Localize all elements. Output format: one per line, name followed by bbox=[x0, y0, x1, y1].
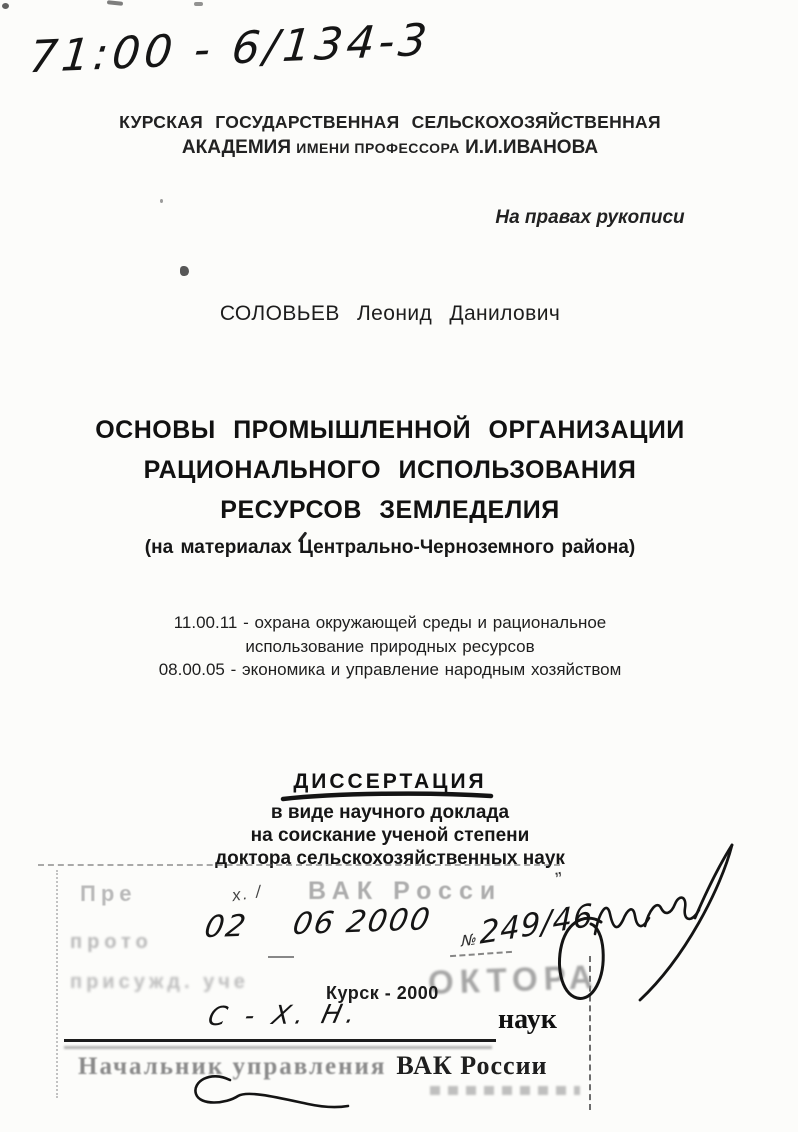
stamp-header-left: Пре bbox=[80, 881, 137, 907]
signature-main bbox=[545, 838, 740, 1010]
dash-mark bbox=[268, 956, 294, 958]
scan-speck bbox=[2, 3, 9, 9]
stamp-border-left bbox=[56, 870, 58, 1098]
signature-flourish bbox=[190, 1070, 355, 1115]
author-name: СОЛОВЬЕВ Леонид Данилович bbox=[0, 302, 780, 326]
official-title-bold: ВАК России bbox=[396, 1051, 547, 1081]
fill-in-rule bbox=[64, 1039, 496, 1042]
specialty-line1-cont: использование природных ресурсов bbox=[0, 635, 780, 659]
scan-speck bbox=[107, 0, 123, 6]
institution-name-line2: АКАДЕМИЯ ИМЕНИ ПРОФЕССОРА И.И.ИВАНОВА bbox=[0, 137, 780, 159]
number-sign: № bbox=[461, 930, 477, 951]
document-page: 71:00 - 6/134-3 КУРСКАЯ ГОСУДАРСТВЕННАЯ … bbox=[0, 0, 798, 1132]
named-after-text: ИМЕНИ ПРОФЕССОРА bbox=[296, 140, 460, 156]
professor-name: И.И.ИВАНОВА bbox=[465, 137, 598, 158]
scan-speck bbox=[194, 2, 203, 6]
dissertation-title: ОСНОВЫ ПРОМЫШЛЕННОЙ ОРГАНИЗАЦИИ РАЦИОНАЛ… bbox=[0, 410, 780, 530]
academy-word: АКАДЕМИЯ bbox=[182, 137, 291, 158]
scan-speck bbox=[160, 199, 163, 203]
institution-name-line1: КУРСКАЯ ГОСУДАРСТВЕННАЯ СЕЛЬСКОХОЗЯЙСТВЕ… bbox=[0, 112, 780, 133]
date-handwritten: 02 06 2000 bbox=[202, 902, 434, 945]
specialty-line2: 08.00.05 - экономика и управление народн… bbox=[0, 658, 780, 682]
stamp-border-bottom-smudge bbox=[430, 1086, 580, 1095]
pencil-mark: х. / bbox=[231, 882, 264, 906]
call-number-handwritten: 71:00 - 6/134-3 bbox=[27, 14, 433, 83]
title-line2: РАЦИОНАЛЬНОГО ИСПОЛЬЗОВАНИЯ bbox=[0, 450, 780, 490]
title-line1: ОСНОВЫ ПРОМЫШЛЕННОЙ ОРГАНИЗАЦИИ bbox=[0, 410, 780, 450]
fill-in-rule-shadow bbox=[64, 1046, 492, 1049]
stamp-fragment-awarded: присужд. уче bbox=[70, 971, 249, 994]
scan-speck bbox=[180, 266, 189, 276]
title-subtitle: (на материалах Центрально-Черноземного р… bbox=[0, 537, 780, 559]
dissertation-line1: в виде научного доклада bbox=[0, 801, 780, 824]
title-line3: РЕСУРСОВ ЗЕМЛЕДЕЛИЯ bbox=[0, 490, 780, 530]
specialties-block: 11.00.11 - охрана окружающей среды и рац… bbox=[0, 611, 780, 682]
manuscript-note: На правах рукописи bbox=[470, 207, 710, 229]
degree-handwritten: С - Х. Н. bbox=[205, 999, 363, 1032]
specialty-line1: 11.00.11 - охрана окружающей среды и рац… bbox=[0, 611, 780, 635]
stamp-border-top bbox=[38, 864, 560, 866]
stamp-fragment-protocol: прото bbox=[70, 931, 153, 954]
